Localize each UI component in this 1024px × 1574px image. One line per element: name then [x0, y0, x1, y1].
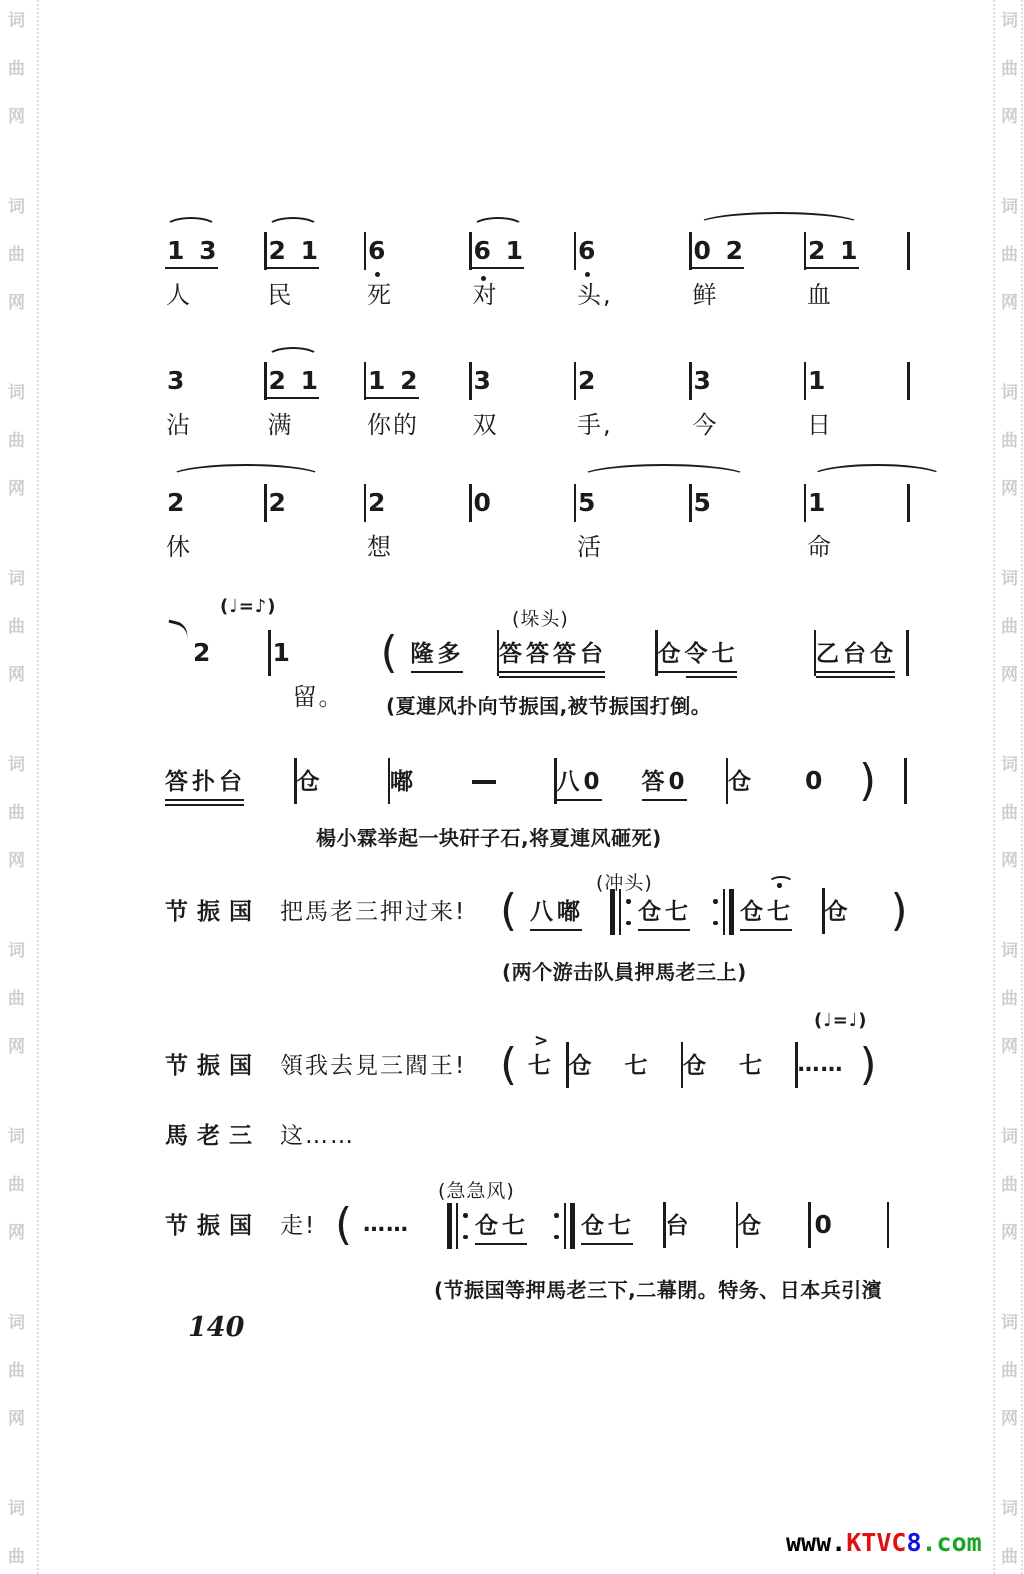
note-digits: 2: [165, 488, 187, 518]
lyric: 民: [268, 282, 294, 308]
edge-dotted-line-far-right: [1021, 0, 1023, 1574]
sustain-dash: [454, 766, 554, 784]
edge-watermark-char: 网: [8, 1032, 25, 1057]
edge-watermark-char: 词: [8, 1494, 25, 1519]
edge-watermark-char: 曲: [1001, 54, 1018, 79]
beat-underline: [642, 799, 687, 802]
note-group: 2: [191, 638, 268, 668]
percussion-text: 仓七: [475, 1210, 529, 1242]
beat-underline: [366, 397, 419, 400]
system-1: 1 3人2 1民6死6 1对6头,0 2鲜2 1血: [165, 236, 910, 270]
watermark-8: 8: [906, 1528, 921, 1557]
percussion-text: 仓令七: [658, 638, 739, 670]
slur: [810, 464, 944, 490]
repeat-bar: [456, 1203, 458, 1249]
dialogue: 这……: [280, 1120, 580, 1152]
edge-watermark-char: 网: [1001, 1032, 1018, 1057]
percussion-group: 台: [666, 1210, 736, 1242]
beat-underline: [638, 929, 690, 932]
beat-underline-2: [816, 676, 895, 679]
percussion-group: 仓: [738, 1210, 808, 1242]
note-group: 1日: [806, 366, 907, 396]
zero-text: 0: [811, 1210, 832, 1240]
note-digits: 1 3: [165, 236, 220, 266]
open-paren: (: [381, 631, 411, 675]
note-digits: 6: [576, 236, 598, 266]
beat-underline: [499, 671, 605, 674]
tempo-mark-2: (♩=♩): [814, 1010, 868, 1031]
note-group: 2休: [165, 488, 264, 518]
dialogue: 領我去見三閻王!: [280, 1050, 500, 1082]
edge-watermark-char: 曲: [8, 612, 25, 637]
edge-watermark-char: 词: [1001, 378, 1018, 403]
edge-watermark-char: 网: [1001, 1218, 1018, 1243]
lyric: 留。: [293, 684, 345, 710]
edge-watermark-char: 词: [1001, 936, 1018, 961]
note-digits: 1 2: [366, 366, 421, 396]
note-group: 1留。: [271, 638, 381, 668]
edge-watermark-char: 词: [8, 378, 25, 403]
slur: [267, 217, 319, 237]
speaker-name: 馬老三: [165, 1120, 280, 1152]
speaker-name: 节振国: [165, 896, 280, 928]
slur: [165, 217, 217, 237]
note-digits: 2 1: [267, 366, 322, 396]
slur: [472, 217, 524, 237]
repeat-bar: [723, 889, 725, 935]
system-3: 2休22想05活51命: [165, 488, 910, 522]
note-digits: 2: [191, 638, 213, 668]
repeat-bar: [619, 889, 621, 935]
percussion-group: 乙台仓: [816, 638, 906, 670]
ellipsis-text: ……: [798, 1050, 844, 1080]
percussion-group: 八嘟: [530, 896, 608, 928]
percussion-text: 仓: [825, 896, 852, 928]
edge-watermark-char: 词: [1001, 1122, 1018, 1147]
dot: [713, 921, 718, 926]
repeat-dots: [713, 899, 718, 925]
note-group: 3今: [692, 366, 804, 396]
lyric: 满: [268, 412, 294, 438]
percussion-group: 答扑台: [165, 766, 294, 798]
edge-watermark-char: 网: [8, 846, 25, 871]
edge-watermark-char: 曲: [1001, 1542, 1018, 1567]
lyric: 你的: [367, 412, 419, 438]
percussion-group: 仓七: [581, 1210, 663, 1242]
percussion-text: 答答答台: [499, 638, 607, 670]
note-digits: 2: [576, 366, 598, 396]
note-group: 5: [692, 488, 804, 518]
note-group: 3沾: [165, 366, 264, 396]
beat-underline: [740, 929, 792, 932]
edge-watermark-char: 词: [1001, 1308, 1018, 1333]
note-digits: 1: [806, 488, 828, 518]
lyric: 鲜: [693, 282, 719, 308]
note-group: 2 1民: [267, 236, 364, 266]
dialogue-text: 領我去見三閻王!: [280, 1050, 466, 1082]
slur: [580, 464, 748, 490]
dot: [554, 1235, 559, 1240]
edge-watermark-char: 曲: [8, 426, 25, 451]
lyric: 活: [577, 534, 603, 560]
percussion-group: 八0: [557, 766, 642, 798]
percussion-text: 仓: [569, 1050, 596, 1082]
system-9: 节振国走!(……仓七仓七台仓0: [165, 1210, 889, 1249]
note-group: 2: [267, 488, 364, 518]
dot: [626, 921, 631, 926]
percussion-text: 嘟: [390, 766, 417, 798]
percussion-group: 七: [739, 1050, 795, 1082]
slur: [267, 347, 319, 367]
edge-watermark-char: 网: [1001, 102, 1018, 127]
edge-dotted-line-left: [37, 0, 39, 1574]
percussion-group: 仓: [683, 1050, 739, 1082]
beat-underline: [816, 671, 895, 674]
dot: [463, 1235, 468, 1240]
octave-dot: [585, 272, 590, 277]
lyric: 今: [693, 412, 719, 438]
repeat-bar: [447, 1203, 452, 1249]
repeat-bar: [729, 889, 734, 935]
percussion-group: 答0: [642, 766, 726, 798]
note-group: 2想: [366, 488, 469, 518]
percussion-group: 仓: [825, 896, 891, 928]
rest-zero: 0: [801, 766, 859, 796]
edge-watermark-char: 词: [8, 1308, 25, 1333]
percussion-text: 七: [528, 1050, 555, 1082]
edge-watermark-char: 词: [1001, 192, 1018, 217]
edge-watermark-char: 曲: [8, 1356, 25, 1381]
lyric: 双: [473, 412, 499, 438]
edge-dotted-line-right: [993, 0, 995, 1574]
dash-line: [472, 780, 496, 784]
percussion-text: 答扑台: [165, 766, 246, 798]
percussion-text: 仓: [297, 766, 324, 798]
note-digits: 3: [692, 366, 714, 396]
system-7: 节振国領我去見三閻王!(七>仓七仓七……): [165, 1050, 886, 1088]
percussion-group: 仓: [728, 766, 801, 798]
lyric: 想: [367, 534, 393, 560]
note-group: 6死: [366, 236, 469, 266]
slur: [169, 464, 323, 490]
edge-watermark-char: 曲: [1001, 1170, 1018, 1195]
stage-direction-4: (节振国等押馬老三下,二幕閉。特务、日本兵引濱: [434, 1274, 882, 1303]
note-digits: 3: [165, 366, 187, 396]
percussion-group: 仓: [297, 766, 388, 798]
edge-watermark-char: 网: [1001, 660, 1018, 685]
close-paren: ): [860, 1043, 886, 1087]
repeat-close-sign: [551, 1203, 581, 1249]
percussion-text: 八0: [557, 766, 604, 798]
watermark-www: www.: [786, 1528, 846, 1557]
percussion-pattern-label-duotou: (垛头): [512, 604, 569, 631]
note-group: 2 1满: [267, 366, 364, 396]
stage-direction-1: (夏連风扑向节振国,被节振国打倒。: [386, 690, 711, 719]
dialogue-text: 走!: [280, 1210, 316, 1242]
system-6: 节振国把馬老三押过来!(八嘟仓七仓七仓): [165, 896, 921, 935]
note-digits: 2: [267, 488, 289, 518]
percussion-text: 七: [625, 1050, 652, 1082]
edge-watermark-char: 曲: [1001, 984, 1018, 1009]
lyric: 人: [166, 282, 192, 308]
lyric: 沾: [166, 412, 192, 438]
edge-watermark-char: 词: [1001, 564, 1018, 589]
percussion-pattern-label-jijifeng: (急急风): [438, 1176, 515, 1203]
watermark-ktvc: KTVC: [846, 1528, 906, 1557]
repeat-bar: [564, 1203, 566, 1249]
percussion-group: 仓: [569, 1050, 625, 1082]
percussion-text: 答0: [642, 766, 689, 798]
score-page: (♩=♪) (垛头) (冲头) (♩=♩) (急急风) (夏連风扑向节振国,被节…: [0, 0, 1024, 1574]
beat-underline: [165, 267, 218, 270]
edge-watermark-char: 词: [8, 564, 25, 589]
note-digits: 3: [472, 366, 494, 396]
beat-underline: [557, 799, 602, 802]
edge-watermark-char: 网: [8, 1404, 25, 1429]
lyric: 手,: [577, 412, 613, 438]
speaker-text: 节振国: [165, 1050, 261, 1082]
footer-watermark: www.KTVC8.com: [786, 1528, 982, 1557]
beat-underline: [806, 267, 859, 270]
speaker-text: 节振国: [165, 1210, 261, 1242]
tempo-mark-1: (♩=♪): [220, 596, 277, 617]
note-group: 2手,: [576, 366, 689, 396]
percussion-group: 七>: [528, 1050, 566, 1082]
note-digits: 0 2: [692, 236, 747, 266]
edge-watermark-char: 词: [1001, 6, 1018, 31]
barline: [907, 484, 910, 522]
lyric: 命: [807, 534, 833, 560]
edge-watermark-char: 词: [8, 750, 25, 775]
edge-watermark-char: 曲: [8, 1542, 25, 1567]
dot: [713, 899, 718, 904]
beat-underline: [692, 267, 745, 270]
dialogue: 走!: [280, 1210, 335, 1242]
note-digits: 0: [472, 488, 494, 518]
page-number: 140: [188, 1312, 244, 1343]
edge-watermark-char: 曲: [8, 1170, 25, 1195]
percussion-group: 仓令七: [658, 638, 814, 670]
speaker-text: 节振国: [165, 896, 261, 928]
open-paren: (: [500, 1043, 528, 1087]
slur: [696, 212, 863, 238]
percussion-text: 台: [666, 1210, 693, 1242]
beat-underline-2: [686, 676, 736, 679]
dot: [463, 1213, 468, 1218]
system-5: 答扑台仓嘟八0答0仓0): [165, 766, 907, 804]
edge-watermark-char: 网: [1001, 288, 1018, 313]
edge-watermark-char: 网: [8, 102, 25, 127]
barline: [907, 232, 910, 270]
repeat-open-sign: [608, 889, 638, 935]
percussion-group: 嘟: [390, 766, 454, 798]
ellipsis-text: ……: [363, 1210, 409, 1240]
beat-underline: [165, 799, 244, 802]
note-digits: 2 1: [267, 236, 322, 266]
beat-underline: [411, 671, 463, 674]
ellipsis: ……: [798, 1050, 860, 1080]
barline: [887, 1202, 890, 1248]
repeat-dots: [626, 899, 631, 925]
note-group: 5活: [576, 488, 689, 518]
edge-watermark-char: 曲: [1001, 1356, 1018, 1381]
beat-underline: [267, 397, 320, 400]
edge-watermark-char: 网: [1001, 474, 1018, 499]
system-8: 馬老三这……: [165, 1120, 580, 1152]
edge-watermark-char: 词: [8, 1122, 25, 1147]
speaker-text: 馬老三: [165, 1120, 261, 1152]
edge-watermark-char: 曲: [1001, 240, 1018, 265]
edge-watermark-char: 词: [8, 936, 25, 961]
lyric: 对: [473, 282, 499, 308]
beat-underline: [581, 1243, 633, 1246]
octave-dot: [375, 272, 380, 277]
note-digits: 1: [806, 366, 828, 396]
note-group: 0: [472, 488, 574, 518]
dot: [554, 1213, 559, 1218]
beat-underline: [530, 929, 582, 932]
dialogue-text: 把馬老三押过来!: [280, 896, 466, 928]
edge-watermark-char: 网: [8, 474, 25, 499]
beat-underline-2: [165, 804, 244, 807]
edge-watermark-char: 词: [1001, 750, 1018, 775]
beat-underline: [267, 267, 320, 270]
tie-curve: [166, 620, 191, 640]
lyric: 休: [166, 534, 192, 560]
edge-watermark-char: 曲: [1001, 798, 1018, 823]
lyric: 死: [367, 282, 393, 308]
percussion-text: 仓七: [740, 896, 794, 928]
close-paren: ): [891, 889, 921, 933]
percussion-group: 隆多: [411, 638, 497, 670]
percussion-text: 隆多: [411, 638, 465, 670]
repeat-dots: [463, 1213, 468, 1239]
note-digits: 6 1: [472, 236, 527, 266]
edge-watermark-char: 网: [1001, 846, 1018, 871]
note-group: 3双: [472, 366, 574, 396]
repeat-open-sign: [445, 1203, 475, 1249]
lyric: 日: [807, 412, 833, 438]
edge-watermark-char: 曲: [8, 54, 25, 79]
percussion-text: 八嘟: [530, 896, 584, 928]
beat-underline-2: [499, 676, 605, 679]
note-digits: 5: [692, 488, 714, 518]
edge-watermark-char: 网: [8, 660, 25, 685]
edge-watermark-char: 词: [8, 192, 25, 217]
beat-underline: [475, 1243, 527, 1246]
beat-underline: [658, 671, 737, 674]
barline: [904, 758, 907, 804]
note-group: 6 1对: [472, 236, 574, 266]
note-digits: 6: [366, 236, 388, 266]
system-2: 3沾2 1满1 2你的3双2手,3今1日: [165, 366, 910, 400]
repeat-bar: [570, 1203, 575, 1249]
repeat-dots: [554, 1213, 559, 1239]
beat-underline: [472, 267, 525, 270]
percussion-text: 仓: [738, 1210, 765, 1242]
open-paren: (: [500, 889, 530, 933]
barline: [906, 630, 909, 676]
percussion-text: 仓七: [581, 1210, 635, 1242]
percussion-text: 仓: [683, 1050, 710, 1082]
lyric: 头,: [577, 282, 613, 308]
dialogue-text: 这……: [280, 1120, 355, 1152]
edge-watermark-char: 词: [8, 6, 25, 31]
lyric: 血: [807, 282, 833, 308]
percussion-text: 仓七: [638, 896, 692, 928]
speaker-name: 节振国: [165, 1050, 280, 1082]
percussion-group: 仓七: [740, 896, 822, 928]
percussion-text: 乙台仓: [816, 638, 897, 670]
edge-watermark-char: 曲: [1001, 612, 1018, 637]
note-digits: 2: [366, 488, 388, 518]
percussion-group: 仓七: [638, 896, 710, 928]
stage-direction-2: 楊小霖举起一块矸子石,将夏連风砸死): [316, 822, 662, 851]
percussion-text: 七: [739, 1050, 766, 1082]
system-4: 21留。(隆多答答答台仓令七乙台仓: [165, 638, 909, 676]
percussion-group: 仓七: [475, 1210, 551, 1242]
edge-watermark-char: 词: [1001, 1494, 1018, 1519]
watermark-com: .com: [922, 1528, 982, 1557]
note-digits: 1: [271, 638, 293, 668]
note-digits: 2 1: [806, 236, 861, 266]
note-digits: 5: [576, 488, 598, 518]
repeat-bar: [610, 889, 615, 935]
note-group: 6头,: [576, 236, 689, 266]
stage-direction-3: (两个游击队員押馬老三上): [502, 956, 747, 985]
repeat-close-sign: [710, 889, 740, 935]
percussion-text: 仓: [728, 766, 755, 798]
edge-watermark-char: 网: [8, 1218, 25, 1243]
percussion-group: 答答答台: [499, 638, 655, 670]
speaker-name: 节振国: [165, 1210, 280, 1242]
edge-watermark-char: 网: [1001, 1404, 1018, 1429]
open-paren: (: [335, 1203, 363, 1247]
note-group: 1 2你的: [366, 366, 469, 396]
note-group: 2 1血: [806, 236, 907, 266]
edge-watermark-char: 网: [8, 288, 25, 313]
edge-watermark-char: 曲: [8, 984, 25, 1009]
edge-watermark-char: 曲: [8, 240, 25, 265]
close-paren: ): [859, 759, 904, 803]
note-group: 1 3人: [165, 236, 264, 266]
ellipsis: ……: [363, 1210, 445, 1240]
note-group: 0 2鲜: [692, 236, 804, 266]
barline: [907, 362, 910, 400]
edge-watermark-char: 曲: [8, 798, 25, 823]
rest-zero: 0: [811, 1210, 887, 1240]
note-group: 1命: [806, 488, 907, 518]
fermata-dot: [777, 883, 782, 888]
percussion-group: 七: [625, 1050, 681, 1082]
edge-watermark-char: 曲: [1001, 426, 1018, 451]
zero-text: 0: [801, 766, 822, 796]
dialogue: 把馬老三押过来!: [280, 896, 500, 928]
dot: [626, 899, 631, 904]
accent-mark: >: [534, 1033, 548, 1049]
